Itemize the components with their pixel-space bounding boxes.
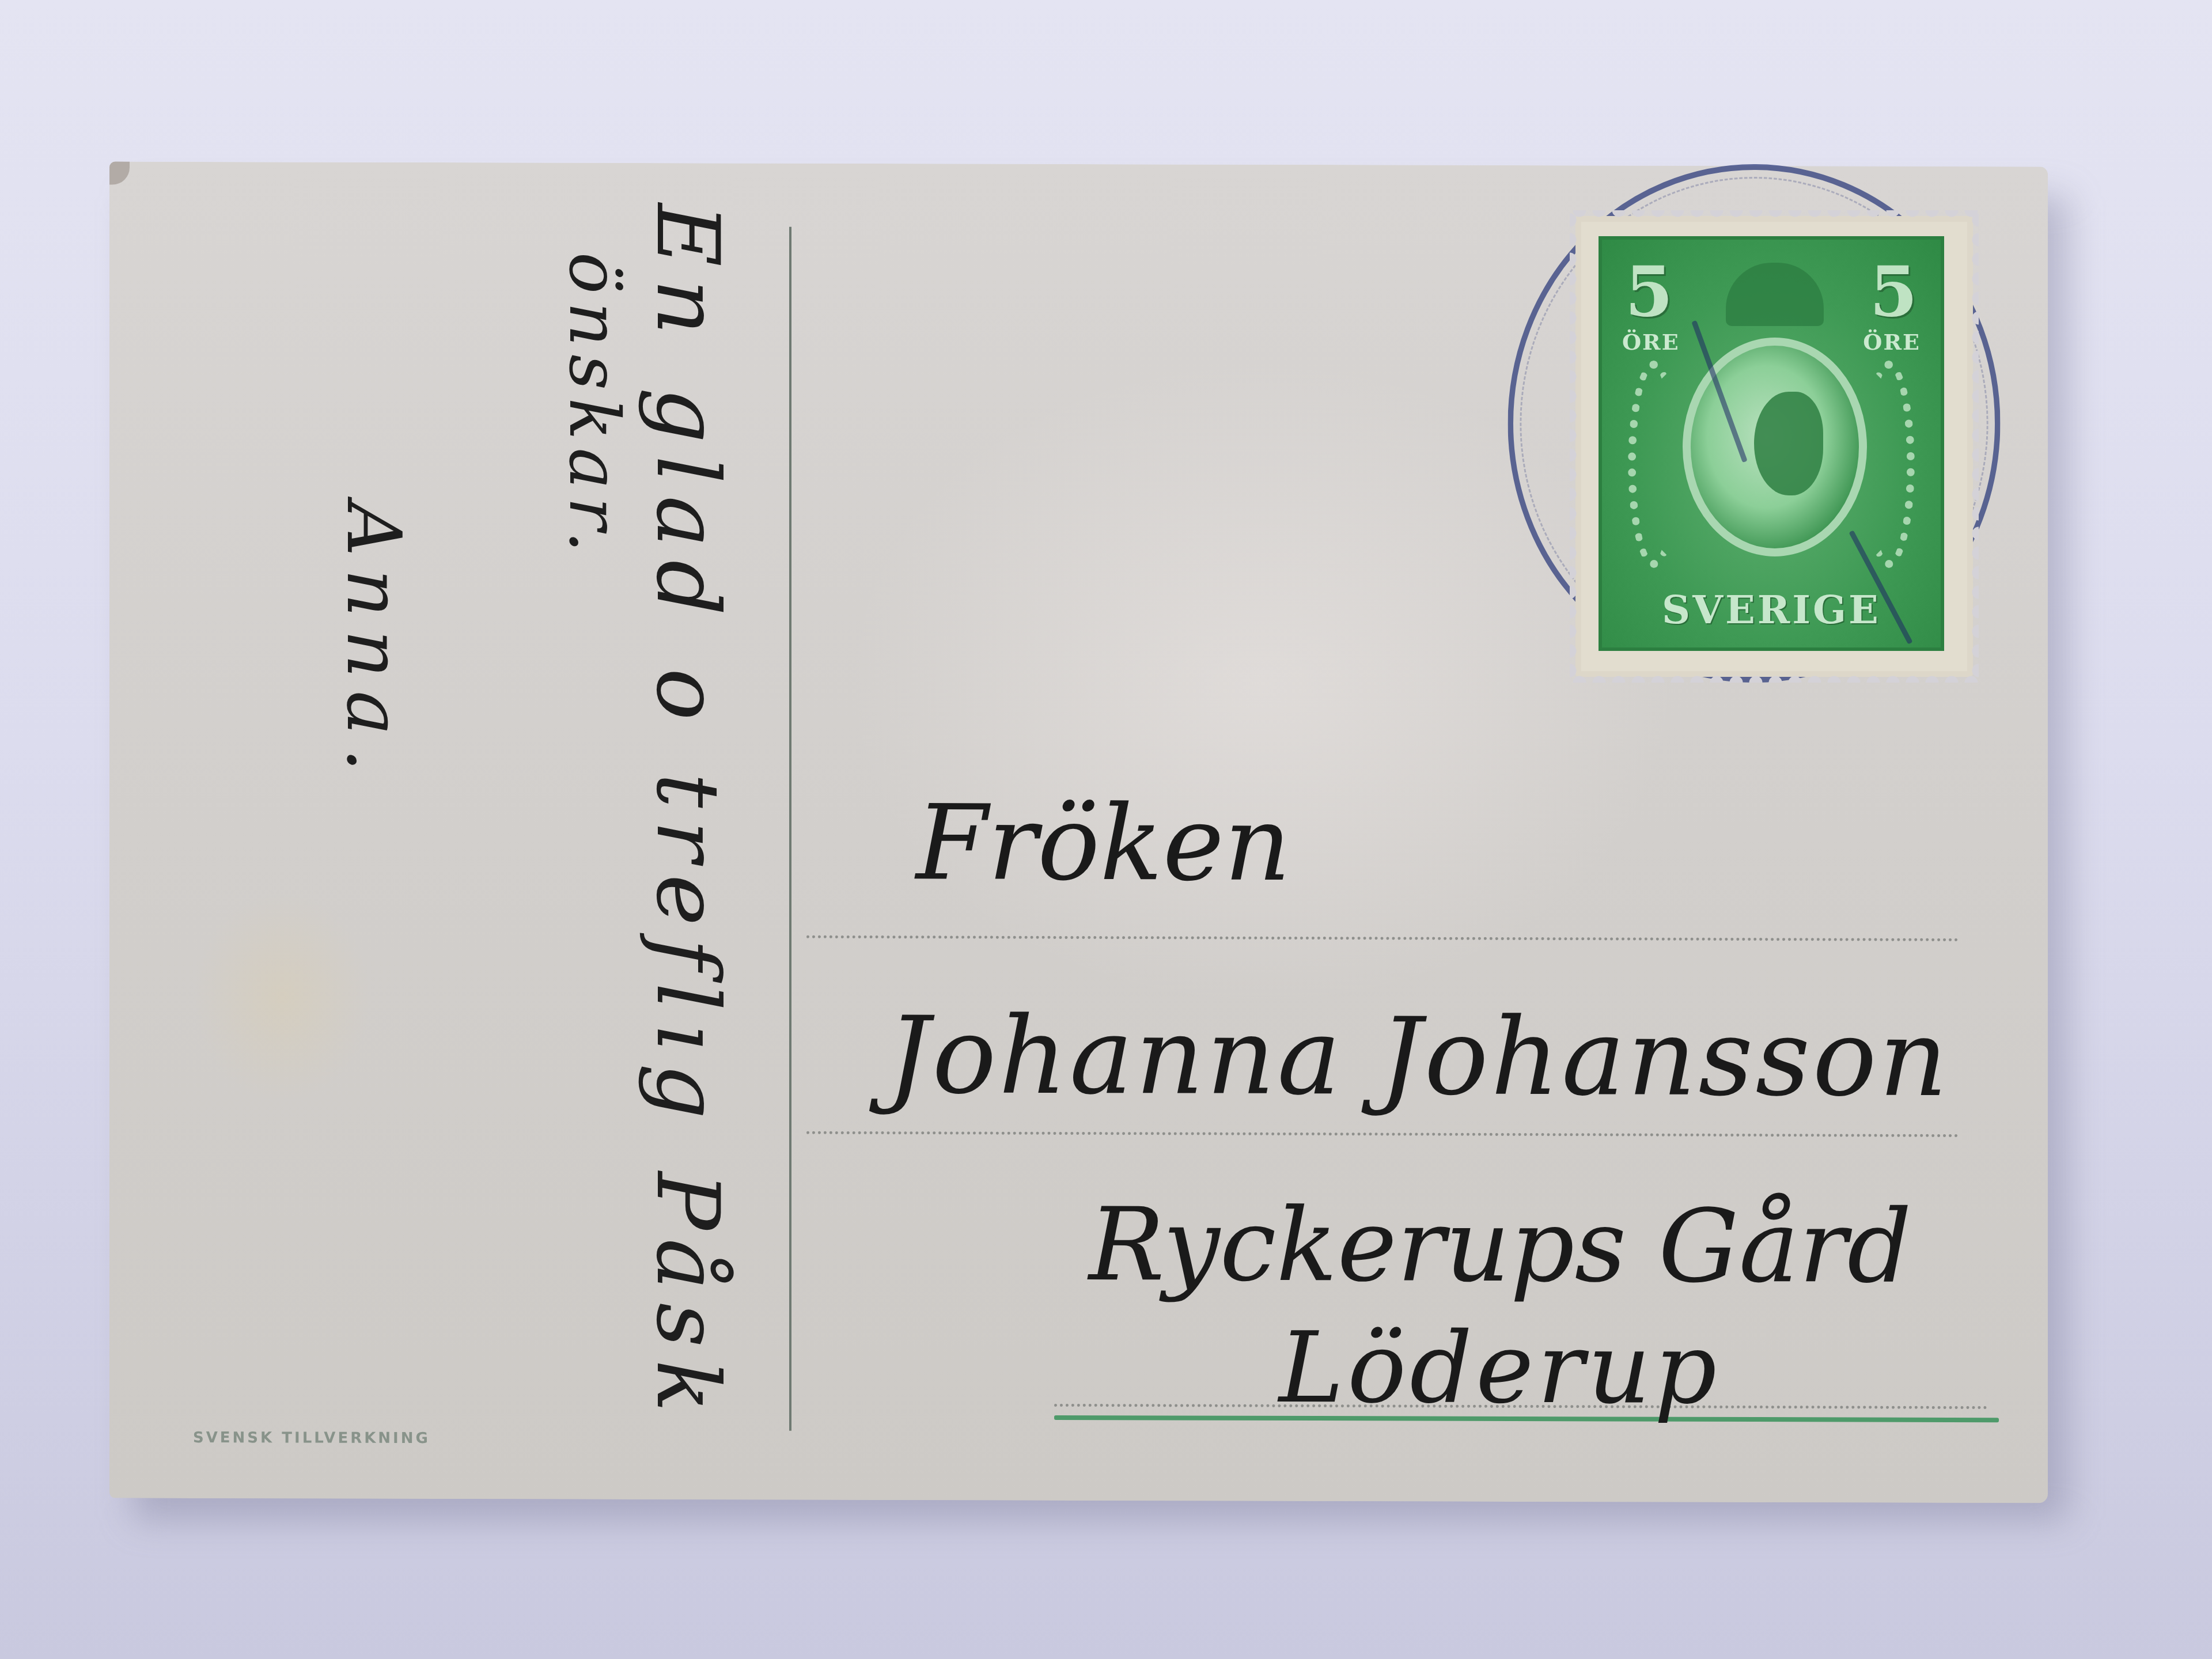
stamp-currency-left: ÖRE (1622, 329, 1680, 355)
address-title: Fröken (916, 783, 1291, 904)
message-line-1: En glad o treflıg Påsk (637, 203, 737, 1425)
address-line-1 (806, 935, 1959, 941)
portrait-icon (1754, 392, 1823, 495)
message-line-2: önskar. (554, 252, 634, 561)
laurel-wreath-icon (1628, 361, 1680, 568)
recipient-town: Löderup (1279, 1311, 1720, 1426)
laurel-wreath-icon (1863, 361, 1915, 568)
postage-stamp: 5 5 ÖRE ÖRE SVERIGE (1575, 216, 1973, 677)
stamp-denomination-right: 5 (1870, 251, 1918, 332)
crown-icon (1726, 263, 1824, 326)
signature: Anna. (330, 502, 418, 785)
corner-wear (109, 162, 130, 185)
recipient-name: Johanna Johansson (887, 993, 1950, 1120)
stamp-denomination-left: 5 (1625, 251, 1673, 332)
stamp-currency-right: ÖRE (1863, 329, 1921, 355)
printer-imprint: SVENSK TILLVERKNING (193, 1429, 430, 1447)
address-line-2 (806, 1131, 1959, 1137)
center-divider (789, 227, 791, 1431)
recipient-farm: Ryckerups Gård (1089, 1187, 1912, 1306)
stamp-design: 5 5 ÖRE ÖRE SVERIGE (1599, 236, 1944, 651)
